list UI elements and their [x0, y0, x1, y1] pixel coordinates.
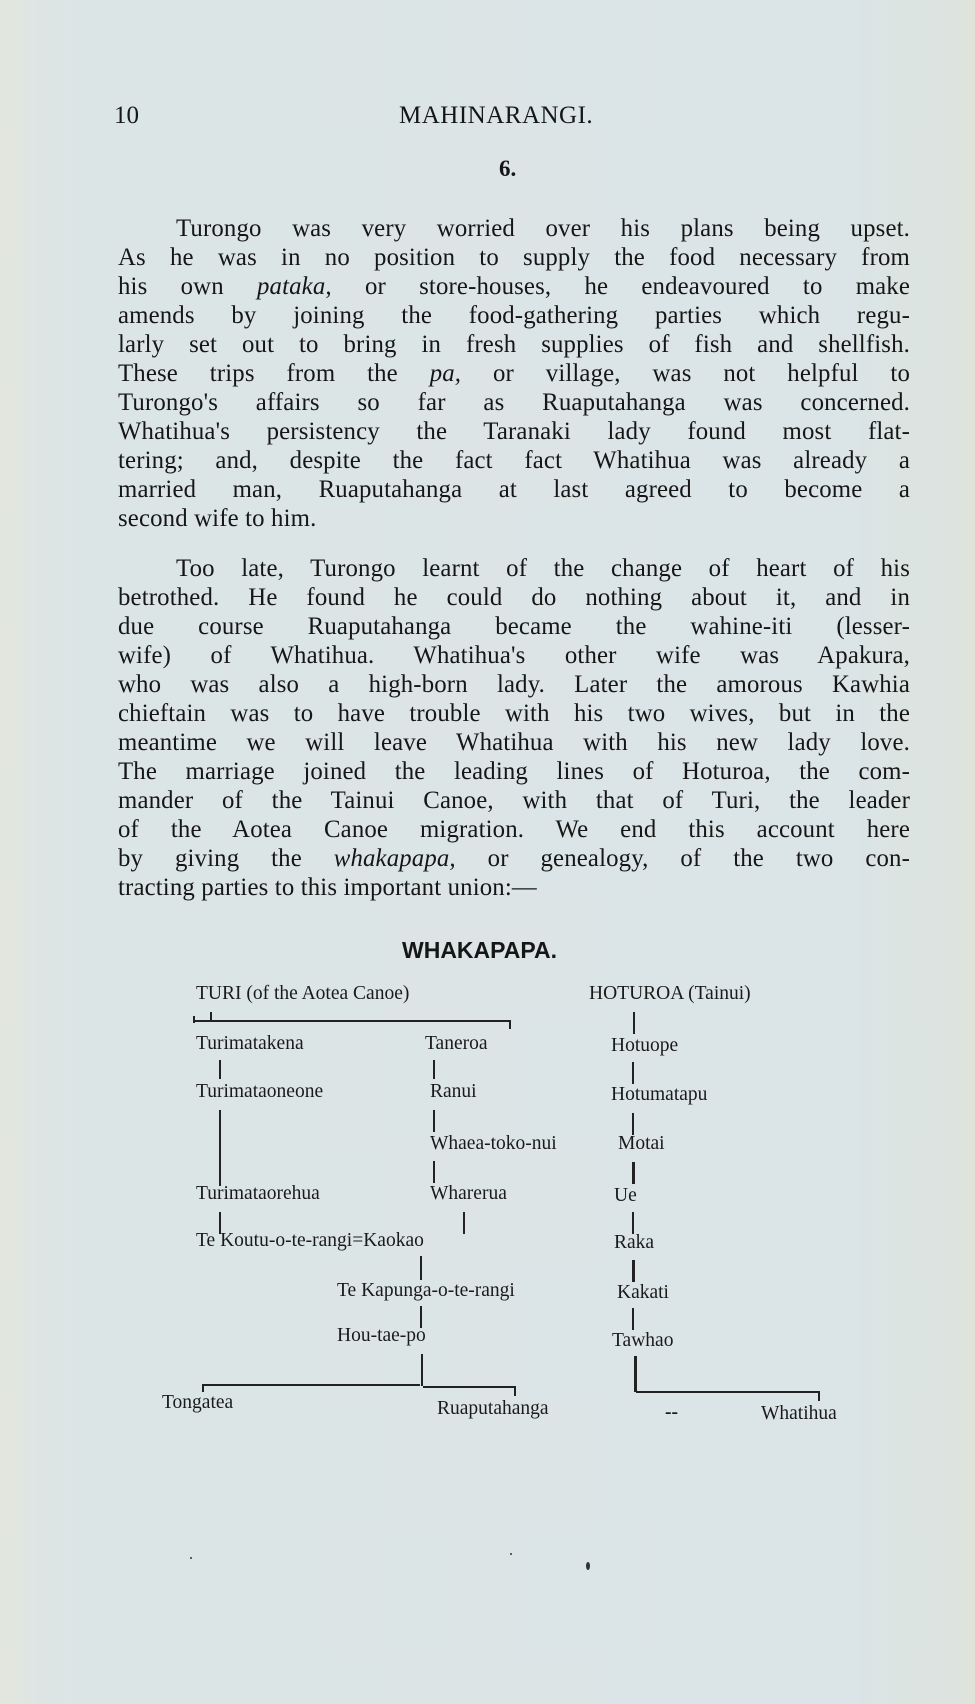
- gen-line: [210, 1020, 510, 1022]
- gen-line: [634, 1356, 637, 1392]
- gen-line: [463, 1212, 465, 1234]
- gen-raka: Raka: [614, 1232, 654, 1254]
- gen-hotumatapu: Hotumatapu: [611, 1084, 707, 1106]
- gen-hotuope: Hotuope: [611, 1035, 678, 1057]
- gen-line: [632, 1308, 634, 1330]
- gen-line: [219, 1110, 221, 1186]
- gen-te-kapunga-o-te-rangi: Te Kapunga-o-te-rangi: [337, 1280, 515, 1302]
- gen-turimataoneone: Turimataoneone: [196, 1081, 323, 1103]
- gen-line: [514, 1386, 516, 1396]
- gen-whaea-toko-nui: Whaea-toko-nui: [430, 1133, 557, 1155]
- ink-speck: [510, 1553, 512, 1555]
- gen-te-koutu-o-te-rangi: Te Koutu-o-te-rangi=Kaokao: [196, 1230, 424, 1252]
- gen-line: [193, 1020, 210, 1022]
- gen-ranui: Ranui: [430, 1081, 477, 1103]
- gen-hou-tae-po: Hou-tae-po: [337, 1325, 426, 1347]
- gen-line: [423, 1386, 515, 1388]
- ink-speck: [586, 1562, 590, 1570]
- gen-motai: Motai: [618, 1133, 665, 1155]
- gen-line: [433, 1161, 435, 1183]
- gen-line: [509, 1020, 511, 1029]
- gen-line: [433, 1110, 435, 1132]
- genealogy-diagram: TURI (of the Aotea Canoe) Turimatakena T…: [0, 0, 975, 1704]
- gen-ue: Ue: [614, 1185, 637, 1207]
- gen-turimataorehua: Turimataorehua: [196, 1183, 320, 1205]
- gen-line: [632, 1162, 635, 1184]
- gen-line: [633, 1012, 635, 1034]
- gen-line: [219, 1060, 221, 1079]
- gen-turimatakena: Turimatakena: [196, 1033, 304, 1055]
- gen-whatihua: Whatihua: [761, 1403, 837, 1425]
- gen-wharerua: Wharerua: [430, 1183, 507, 1205]
- gen-line: [420, 1256, 422, 1280]
- gen-line: [632, 1260, 635, 1282]
- gen-ruaputahanga: Ruaputahanga: [437, 1398, 549, 1420]
- gen-root-hoturoa: HOTUROA (Tainui): [589, 983, 751, 1005]
- gen-tongatea: Tongatea: [162, 1392, 233, 1414]
- gen-line: [632, 1062, 634, 1084]
- gen-kakati: Kakati: [617, 1282, 669, 1304]
- marriage-sign: =: [352, 1230, 363, 1251]
- gen-line: [433, 1060, 435, 1079]
- ink-speck: [190, 1557, 192, 1559]
- gen-line: [818, 1391, 820, 1401]
- gen-line: [202, 1384, 420, 1386]
- gen-root-turi: TURI (of the Aotea Canoe): [196, 983, 409, 1005]
- book-page: 10 MAHINARANGI. 6. Turongo was very worr…: [0, 0, 975, 1704]
- union-separator: --: [665, 1402, 678, 1424]
- gen-line: [421, 1354, 423, 1386]
- gen-taneroa: Taneroa: [425, 1033, 488, 1055]
- gen-line: [632, 1212, 634, 1234]
- gen-line: [202, 1384, 204, 1392]
- gen-line: [636, 1391, 818, 1393]
- gen-line: [632, 1113, 634, 1135]
- gen-tawhao: Tawhao: [612, 1330, 673, 1352]
